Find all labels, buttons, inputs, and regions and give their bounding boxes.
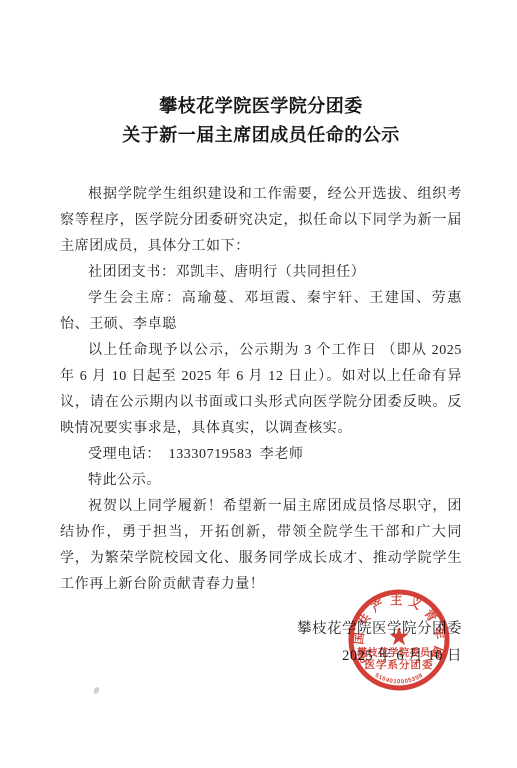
body-paragraph-notice-period: 以上任命现予以公示，公示期为 3 个工作日 （即从 2025 年 6 月 10 … <box>60 338 462 442</box>
body-paragraph-club-branch: 社团团支书：邓凯丰、唐明行（共同担任） <box>60 260 462 286</box>
signature-date: 2025 年 6 月 10 日 <box>60 643 462 670</box>
document-title: 攀枝花学院医学院分团委 关于新一届主席团成员任命的公示 <box>60 92 462 150</box>
document-content: 攀枝花学院医学院分团委 关于新一届主席团成员任命的公示 根据学院学生组织建设和工… <box>60 92 462 670</box>
document-body: 根据学院学生组织建设和工作需要，经公开选拔、组织考察等程序，医学院分团委研究决定… <box>60 182 462 598</box>
scan-artifact <box>93 686 101 695</box>
document-page: 攀枝花学院医学院分团委 关于新一届主席团成员任命的公示 根据学院学生组织建设和工… <box>0 0 517 768</box>
body-paragraph-contact-phone: 受理电话： 13330719583 李老师 <box>60 442 462 468</box>
body-paragraph-intro: 根据学院学生组织建设和工作需要，经公开选拔、组织考察等程序，医学院分团委研究决定… <box>60 182 462 260</box>
signature-block: 攀枝花学院医学院分团委 2025 年 6 月 10 日 <box>60 616 462 670</box>
signature-org: 攀枝花学院医学院分团委 <box>60 616 462 643</box>
body-paragraph-congrats: 祝贺以上同学履新！希望新一届主席团成员恪尽职守，团结协作，勇于担当，开拓创新，带… <box>60 494 462 598</box>
document-title-line1: 攀枝花学院医学院分团委 <box>60 92 462 121</box>
document-title-line2: 关于新一届主席团成员任命的公示 <box>60 121 462 150</box>
seal-serial-wrap: 5104010005398 <box>374 673 425 686</box>
seal-serial: 5104010005398 <box>374 673 425 686</box>
body-paragraph-hereby: 特此公示。 <box>60 468 462 494</box>
body-paragraph-union-chairs: 学生会主席：高瑜蔓、邓垣霞、秦宇轩、王建国、劳惠怡、王硕、李卓聪 <box>60 286 462 338</box>
